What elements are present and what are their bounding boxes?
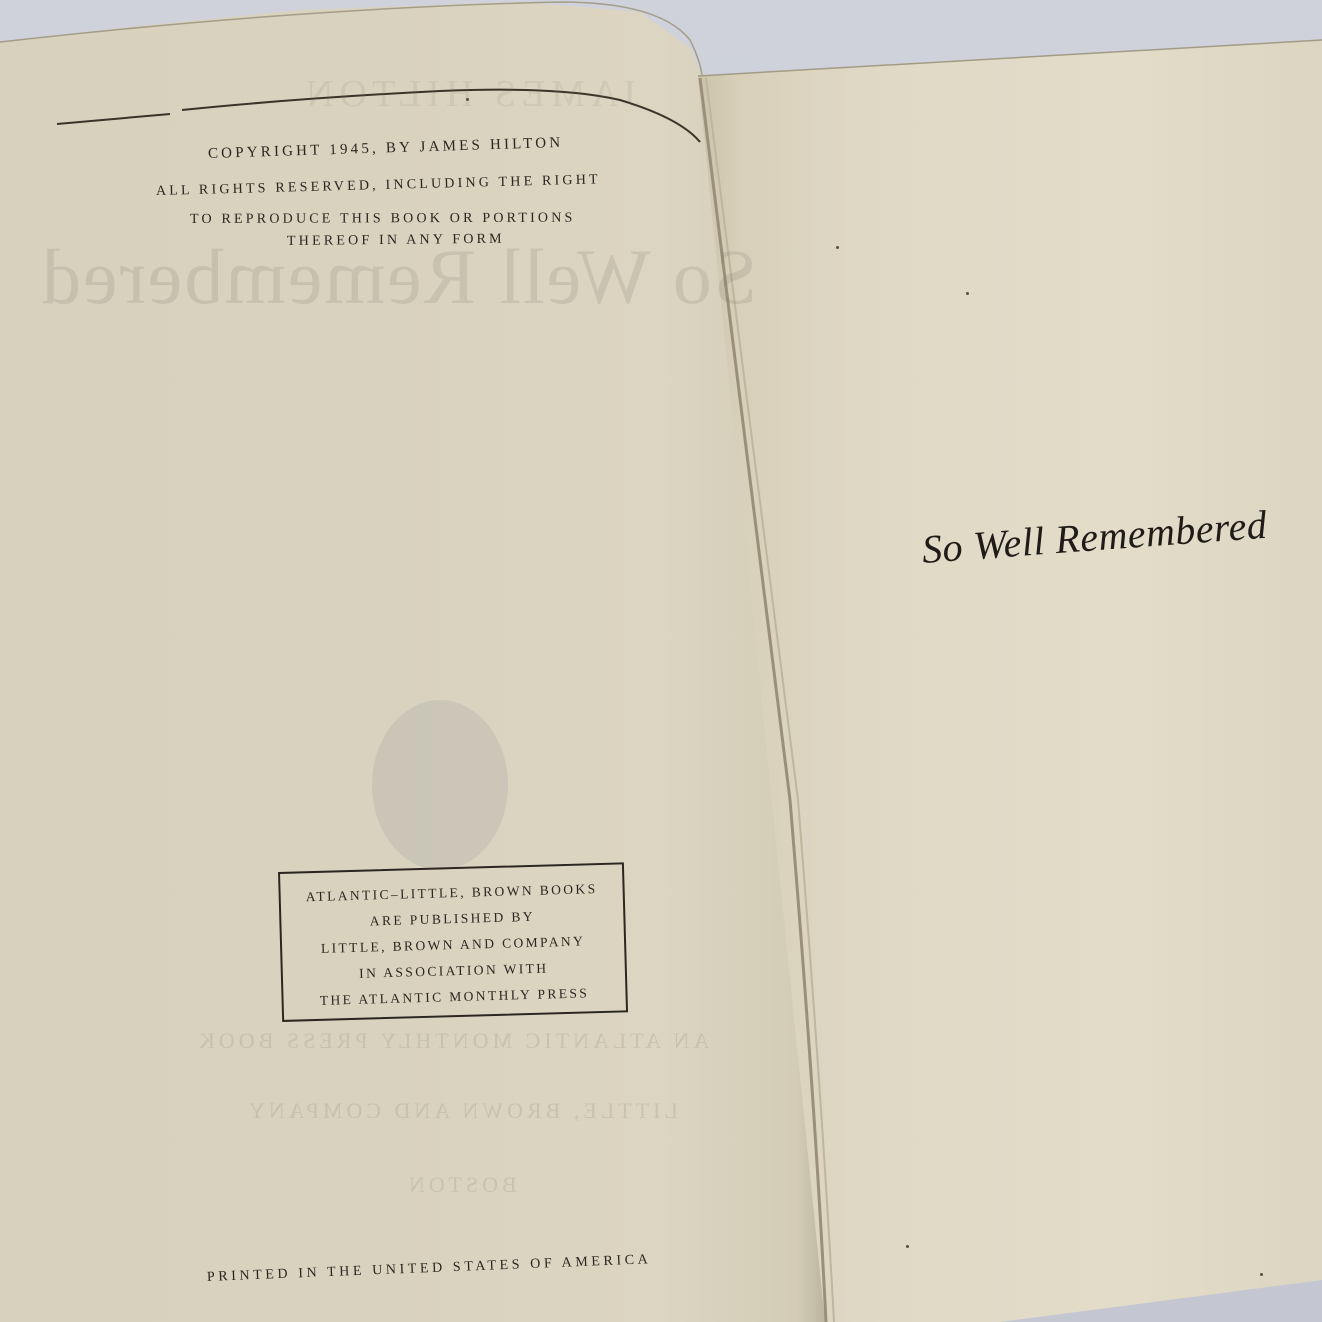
right-page-text: So Well Remembered [0, 0, 1322, 1322]
paper-speck [836, 246, 839, 249]
paper-speck [1260, 1273, 1263, 1276]
half-title: So Well Remembered [920, 501, 1268, 573]
paper-speck [466, 98, 469, 101]
paper-speck [966, 292, 969, 295]
paper-speck [906, 1245, 909, 1248]
